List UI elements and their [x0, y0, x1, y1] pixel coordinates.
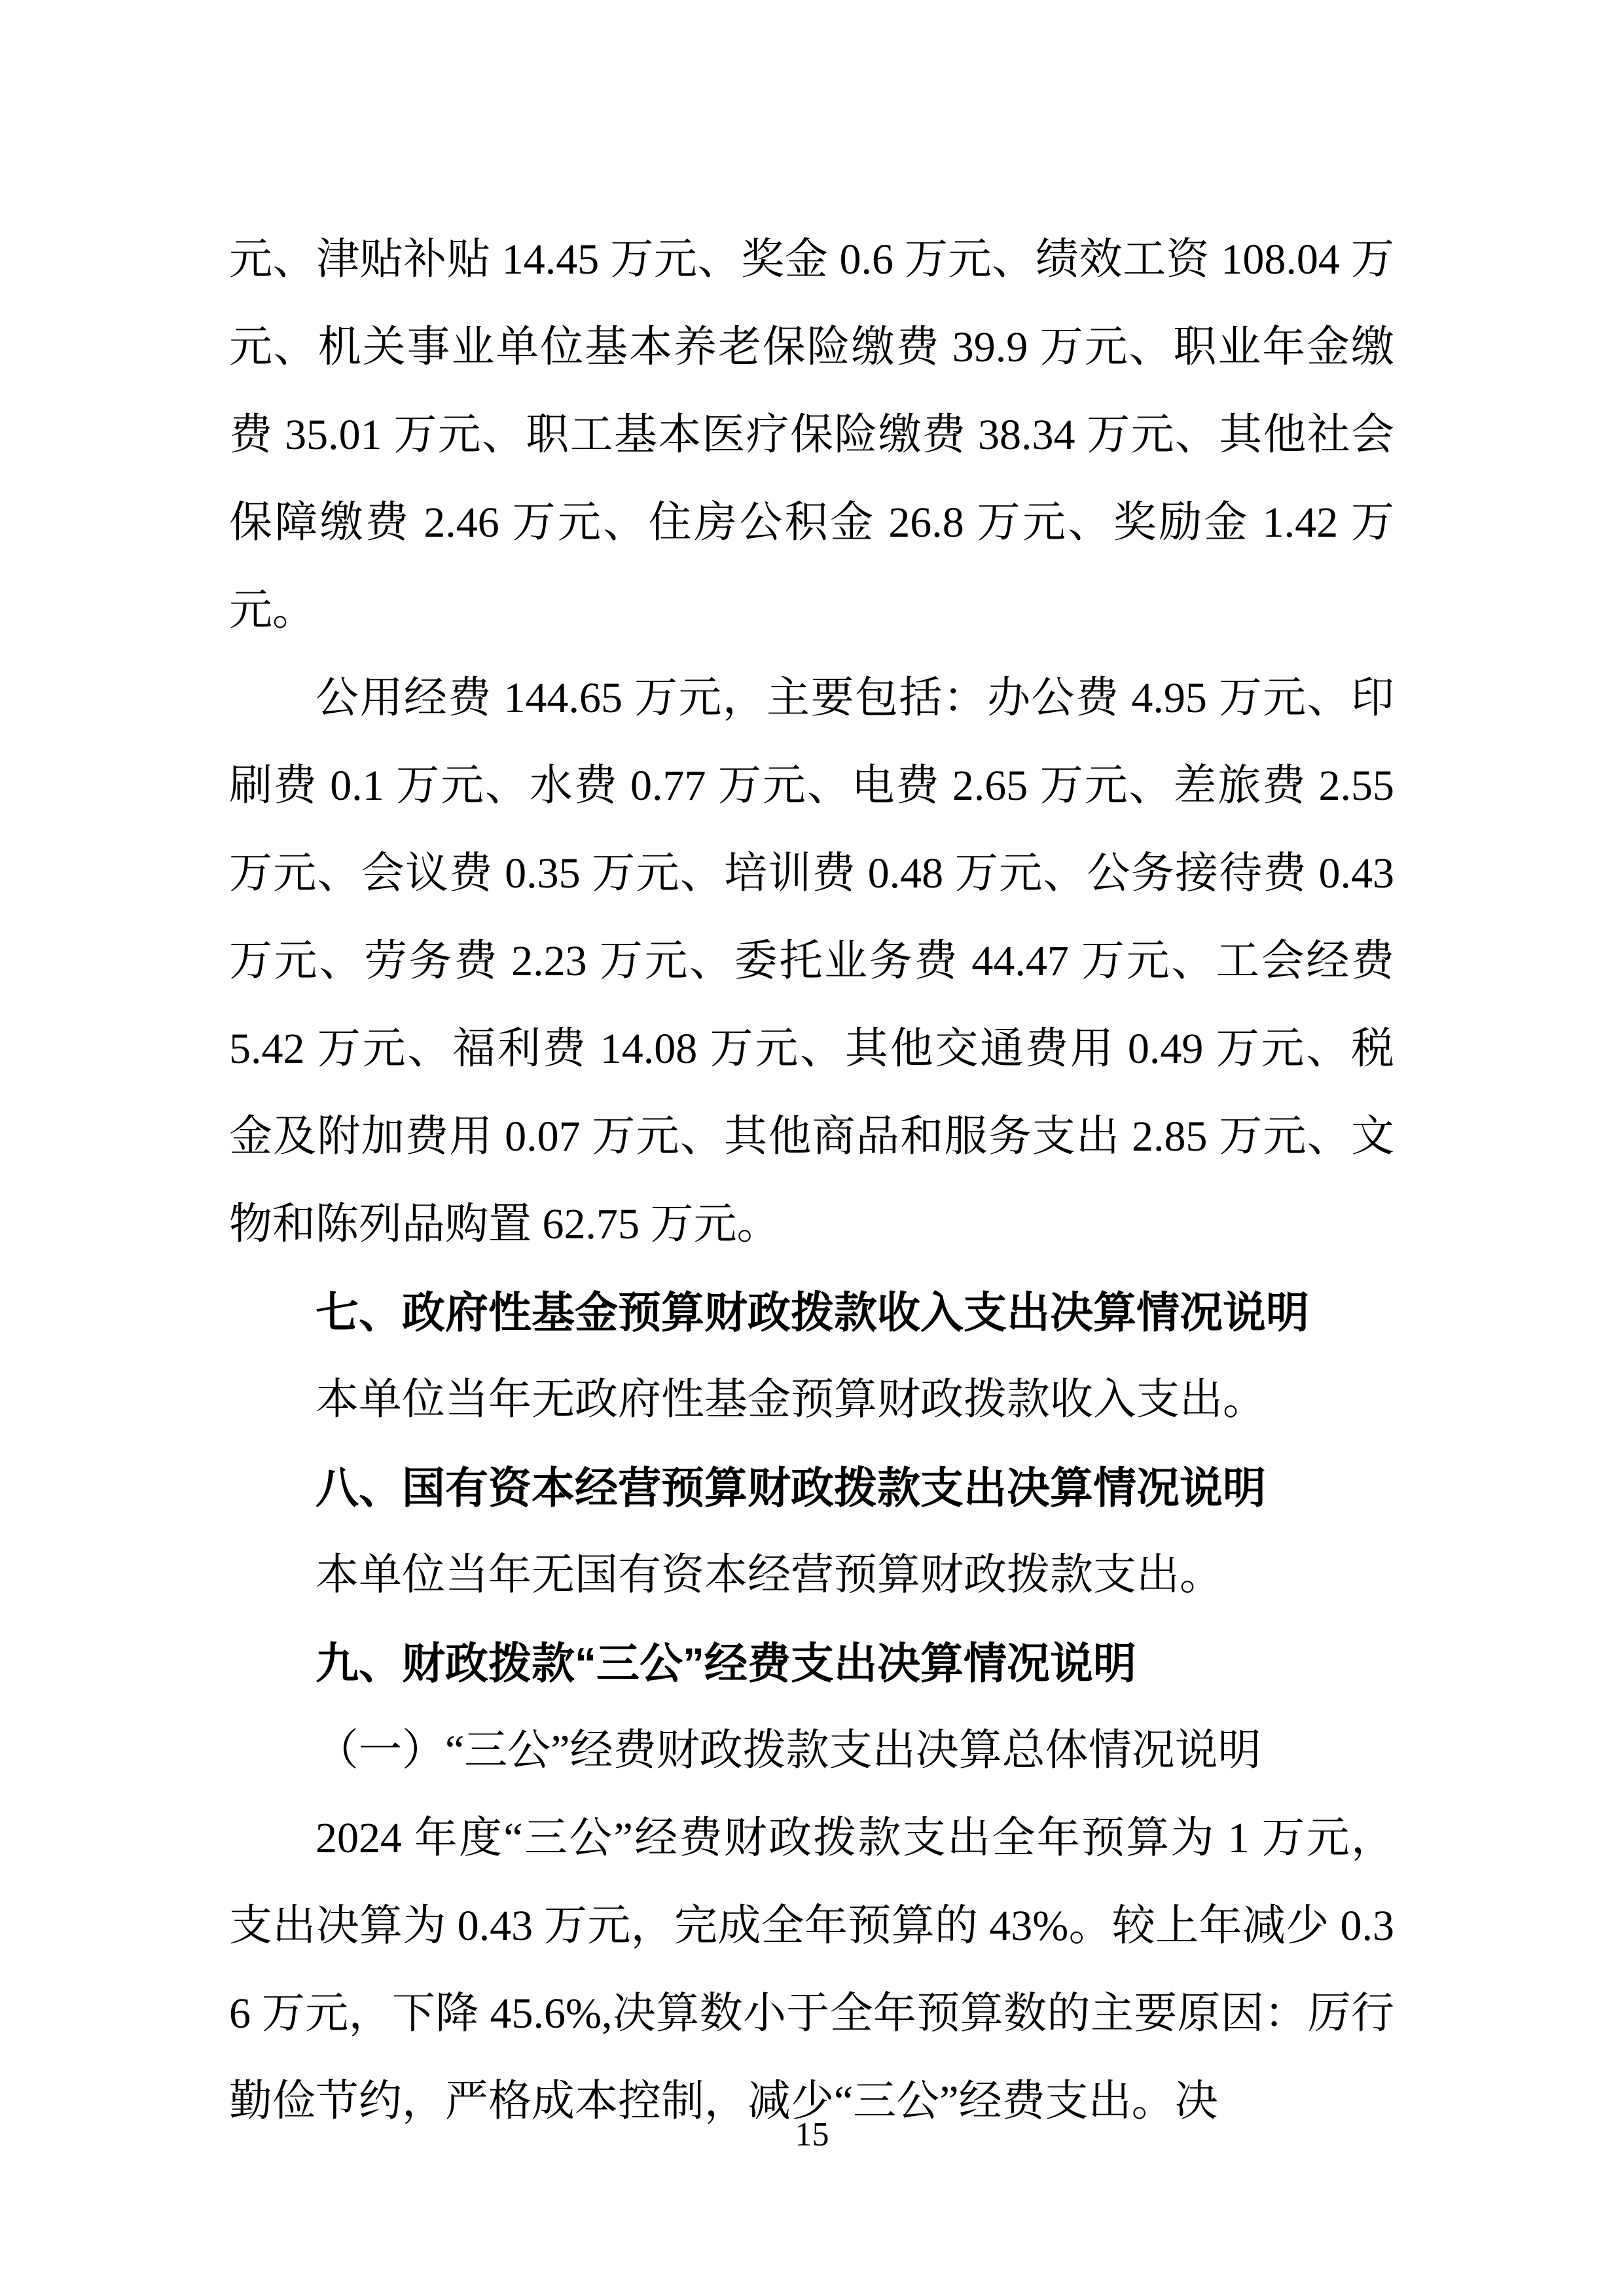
- personnel-expense-continuation-paragraph: 元、津贴补贴 14.45 万元、奖金 0.6 万元、绩效工资 108.04 万元…: [229, 216, 1394, 655]
- page-number: 15: [0, 2115, 1624, 2155]
- section-7-body-paragraph: 本单位当年无政府性基金预算财政拨款收入支出。: [229, 1356, 1394, 1444]
- section-8-heading: 八、国有资本经营预算财政拨款支出决算情况说明: [229, 1444, 1394, 1532]
- section-8-body-paragraph: 本单位当年无国有资本经营预算财政拨款支出。: [229, 1532, 1394, 1619]
- section-7-heading: 七、政府性基金预算财政拨款收入支出决算情况说明: [229, 1268, 1394, 1356]
- public-expense-paragraph: 公用经费 144.65 万元，主要包括：办公费 4.95 万元、印刷费 0.1 …: [229, 655, 1394, 1268]
- section-9-heading: 九、财政拨款“三公”经费支出决算情况说明: [229, 1619, 1394, 1707]
- section-9-body-paragraph: 2024 年度“三公”经费财政拨款支出全年预算为 1 万元，支出决算为 0.43…: [229, 1795, 1394, 2145]
- document-page: 元、津贴补贴 14.45 万元、奖金 0.6 万元、绩效工资 108.04 万元…: [0, 0, 1624, 2296]
- section-9-subheading: （一）“三公”经费财政拨款支出决算总体情况说明: [229, 1707, 1394, 1795]
